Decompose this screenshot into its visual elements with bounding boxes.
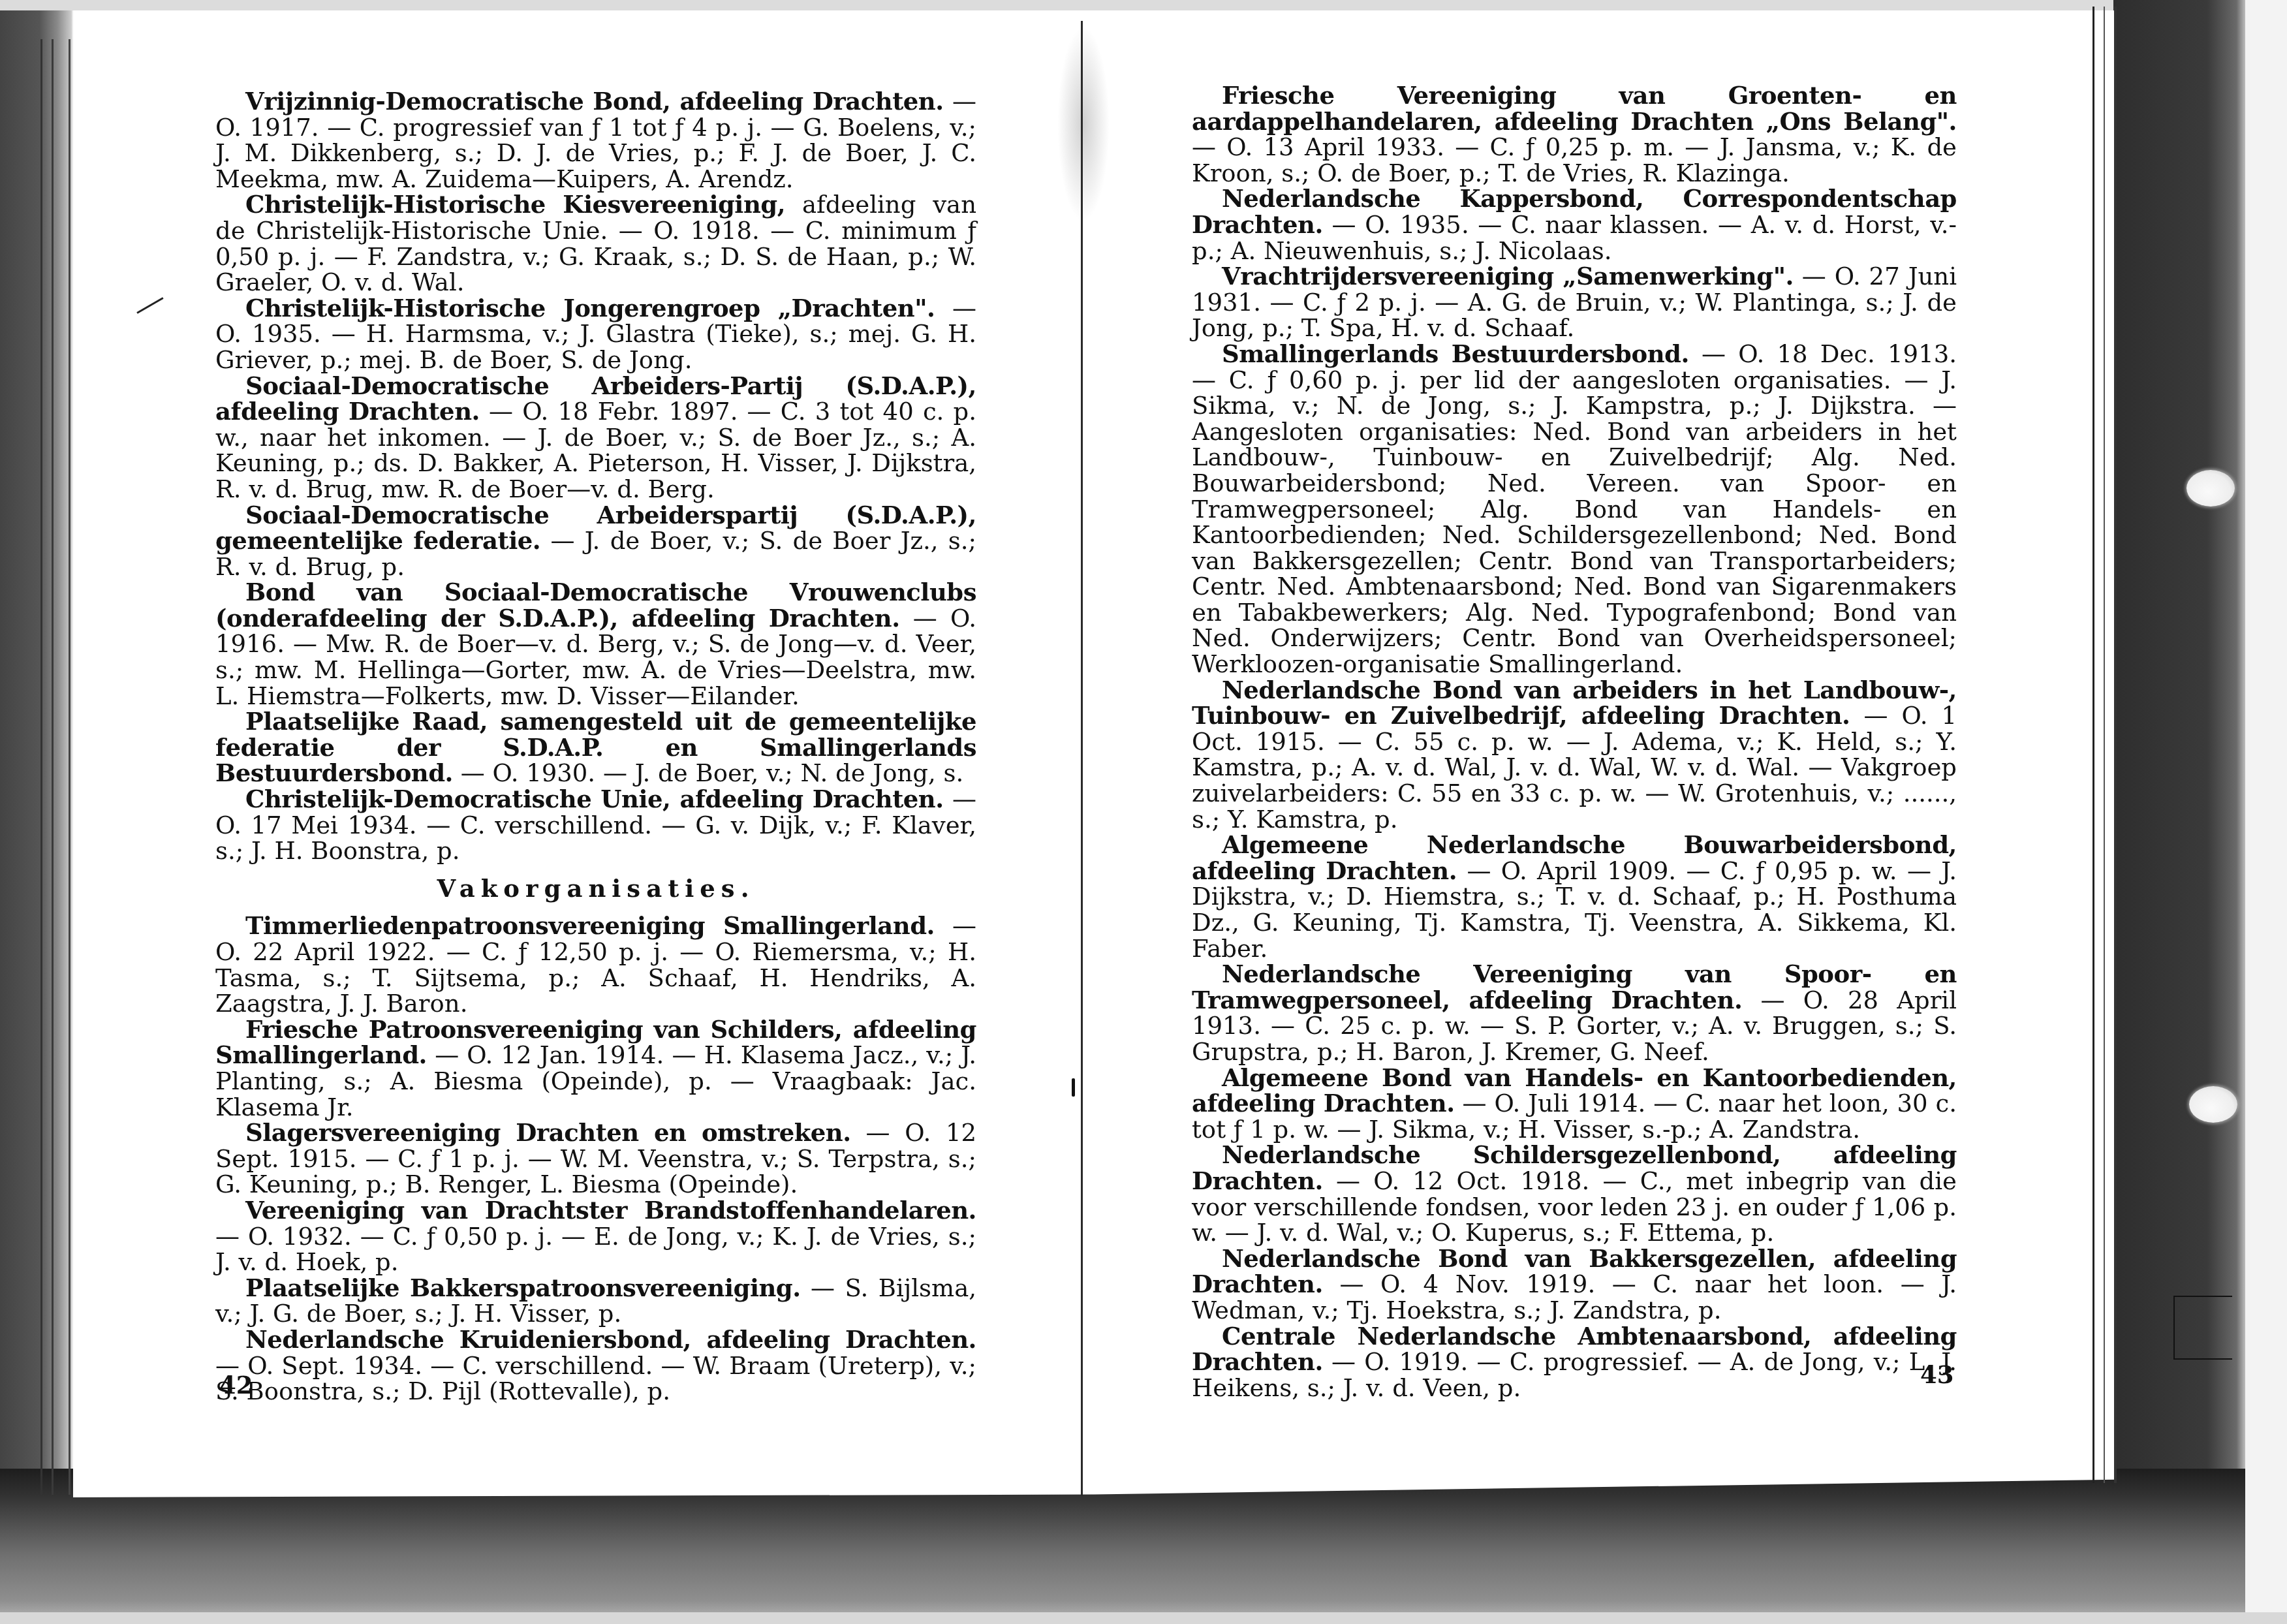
entry: Vrijzinnig-Democratische Bond, afdeeling… [215,89,976,192]
right-scan-margin [2245,0,2287,1624]
entry-body: — O. 18 Dec. 1913. — C. ƒ 0,60 p. j. per… [1192,340,1957,678]
book-gutter [1081,21,1083,1496]
tab-mark [2173,1296,2232,1360]
entry-body: — O. 13 April 1933. — C. ƒ 0,25 p. m. — … [1192,133,1957,187]
entry-body: — O. 1932. — C. ƒ 0,50 p. j. — E. de Jon… [215,1223,976,1277]
entry-title: Christelijk-Historische Jongerengroep „D… [245,294,935,322]
entry-title: Vrachtrijdersvereeniging „Samenwerking". [1222,262,1794,290]
entry: Plaatselijke Raad, samengesteld uit de g… [215,709,976,787]
entry-title: Christelijk-Democratische Unie, afdeelin… [245,785,944,813]
entry-title: Vrijzinnig-Democratische Bond, afdeeling… [245,87,944,116]
entry-title: Christelijk-Historische Kiesvereeniging, [245,190,785,219]
page-number-right: 43 [1920,1360,1954,1389]
entry: Centrale Nederlandsche Ambtenaarsbond, a… [1192,1324,1957,1401]
entry: Christelijk-Historische Jongerengroep „D… [215,296,976,373]
entry-title: Nederlandsche Kruideniersbond, afdeeling… [245,1325,976,1354]
right-scanner-shadow [2113,0,2247,1624]
entry-body: — O. Sept. 1934. — C. verschillend. — W.… [215,1352,976,1406]
right-page-text: Friesche Vereeniging van Groenten- en aa… [1192,83,1957,1401]
entry: Friesche Vereeniging van Groenten- en aa… [1192,83,1957,186]
section-heading: Vakorganisaties. [215,876,976,902]
entry: Christelijk-Historische Kiesvereeniging,… [215,192,976,295]
entry-title: Nederlandsche Bond van arbeiders in het … [1192,676,1957,730]
punch-hole-icon [2186,470,2235,507]
entry-title: Plaatselijke Bakkerspatroonsvereeniging. [245,1273,801,1302]
entry: Nederlandsche Kappersbond, Correspondent… [1192,186,1957,264]
entry: Sociaal-Democratische Arbeiders-Partij (… [215,373,976,503]
entry-title: Smallingerlands Bestuurdersbond. [1222,339,1689,368]
entry: Sociaal-Democratische Arbeiderspartij (S… [215,503,976,580]
entry: Friesche Patroonsvereeniging van Schilde… [215,1017,976,1120]
entry: Nederlandsche Schildersgezellenbond, afd… [1192,1142,1957,1245]
entry: Vrachtrijdersvereeniging „Samenwerking".… [1192,264,1957,341]
entry: Nederlandsche Kruideniersbond, afdeeling… [215,1327,976,1405]
scan-bottom-edge [0,1612,2287,1624]
entry: Vereeniging van Drachtster Brandstoffenh… [215,1198,976,1275]
entry-title: Slagersvereeniging Drachten en omstreken… [245,1118,851,1147]
entry: Algemeene Nederlandsche Bouwarbeidersbon… [1192,832,1957,961]
entry: Timmerliedenpatroonsvereeniging Smalling… [215,913,976,1016]
entry-title: Vereeniging van Drachtster Brandstoffenh… [245,1196,976,1225]
gutter-shadow [1057,26,1110,222]
entry-title: Bond van Sociaal-Democratische Vrouwencl… [215,578,976,632]
entry: Nederlandsche Vereeniging van Spoor- en … [1192,961,1957,1065]
left-page-text: Vrijzinnig-Democratische Bond, afdeeling… [215,89,976,1405]
entry-body: — O. 1930. — J. de Boer, v.; N. de Jong,… [453,759,963,787]
entry-title: Friesche Vereeniging van Groenten- en aa… [1192,81,1957,136]
entry: Plaatselijke Bakkerspatroonsvereeniging.… [215,1275,976,1327]
punch-hole-icon [2189,1086,2237,1123]
page-number-left: 42 [219,1371,253,1399]
entry: Bond van Sociaal-Democratische Vrouwencl… [215,580,976,709]
entry: Christelijk-Democratische Unie, afdeelin… [215,787,976,864]
scan-top-edge [0,0,2287,10]
entry-title: Timmerliedenpatroonsvereeniging Smalling… [245,911,935,940]
entry: Smallingerlands Bestuurdersbond. — O. 18… [1192,341,1957,678]
entry: Algemeene Bond van Handels- en Kantoorbe… [1192,1065,1957,1143]
stray-ink-mark [1072,1078,1075,1097]
entry: Nederlandsche Bond van Bakkersgezellen, … [1192,1246,1957,1324]
entry: Nederlandsche Bond van arbeiders in het … [1192,678,1957,833]
entry: Slagersvereeniging Drachten en omstreken… [215,1120,976,1198]
right-page-edges [2093,7,2117,1483]
left-page-edges [40,39,70,1495]
